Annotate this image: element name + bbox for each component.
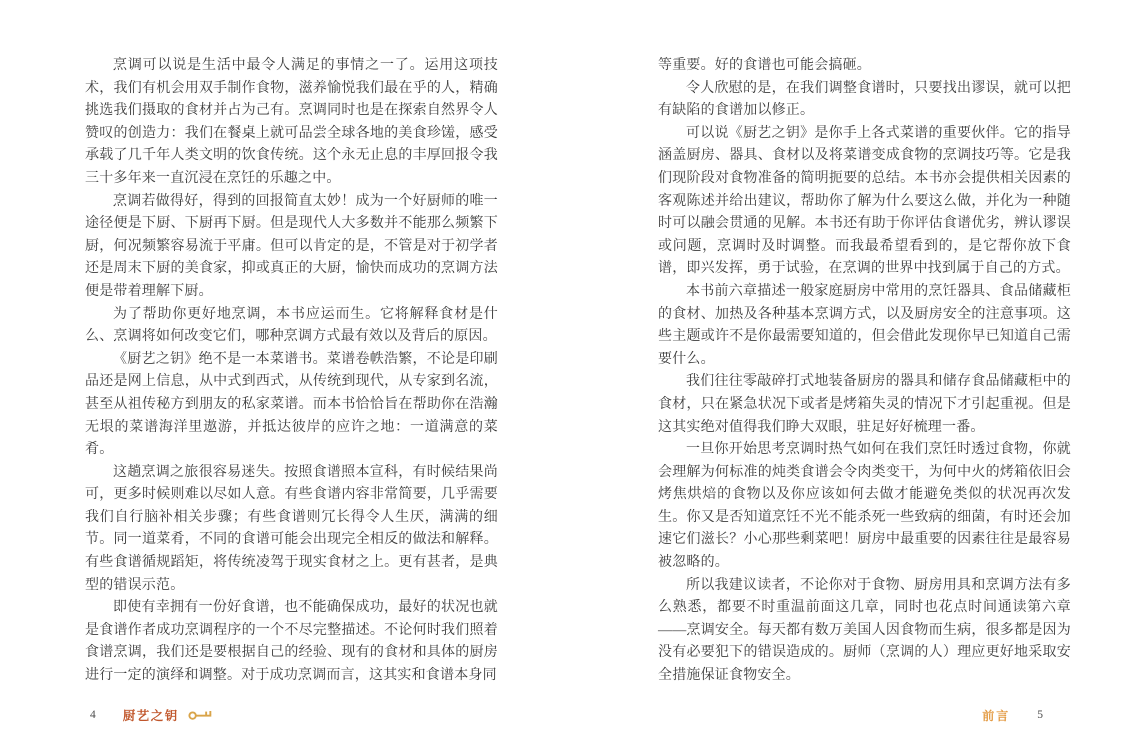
- book-title: 厨艺之钥: [123, 706, 179, 724]
- paragraph: 令人欣慰的是，在我们调整食谱时，只要找出谬误，就可以把有缺陷的食谱加以修正。: [658, 78, 1071, 123]
- paragraph: 烹调可以说是生活中最令人满足的事情之一了。运用这项技术，我们有机会用双手制作食物…: [85, 55, 498, 191]
- paragraph-continuation: 等重要。好的食谱也可能会搞砸。: [658, 55, 1071, 78]
- key-icon: [188, 709, 213, 721]
- right-page-number: 5: [1037, 709, 1043, 721]
- paragraph: 所以我建议读者，不论你对于食物、厨房用具和烹调方法有多么熟悉，都要不时重温前面这…: [658, 575, 1071, 688]
- chapter-title: 前言: [982, 707, 1010, 724]
- left-page-number: 4: [90, 709, 96, 721]
- book-spread: 烹调可以说是生活中最令人满足的事情之一了。运用这项技术，我们有机会用双手制作食物…: [0, 0, 1133, 750]
- paragraph: 这趟烹调之旅很容易迷失。按照食谱照本宣科，有时候结果尚可，更多时候则难以尽如人意…: [85, 462, 498, 598]
- paragraph: 本书前六章描述一般家庭厨房中常用的烹饪器具、食品储藏柜的食材、加热及各种基本烹调…: [658, 281, 1071, 371]
- paragraph: 可以说《厨艺之钥》是你手上各式菜谱的重要伙伴。它的指导涵盖厨房、器具、食材以及将…: [658, 123, 1071, 281]
- paragraph: 一旦你开始思考烹调时热气如何在我们烹饪时透过食物，你就会理解为何标准的炖类食谱会…: [658, 439, 1071, 575]
- paragraph: 烹调若做得好，得到的回报简直太妙！成为一个好厨师的唯一途径便是下厨、下厨再下厨。…: [85, 191, 498, 304]
- paragraph: 即使有幸拥有一份好食谱，也不能确保成功，最好的状况也就是食谱作者成功烹调程序的一…: [85, 597, 498, 687]
- left-page-footer: 4 厨艺之钥: [90, 706, 213, 724]
- paragraph: 为了帮助你更好地烹调，本书应运而生。它将解释食材是什么、烹调将如何改变它们，哪种…: [85, 304, 498, 349]
- right-page-footer: 前言 5: [982, 706, 1043, 724]
- paragraph: 《厨艺之钥》绝不是一本菜谱书。菜谱卷帙浩繁，不论是印刷品还是网上信息，从中式到西…: [85, 349, 498, 462]
- left-page-text: 烹调可以说是生活中最令人满足的事情之一了。运用这项技术，我们有机会用双手制作食物…: [85, 55, 498, 688]
- paragraph: 我们往往零敲碎打式地装备厨房的器具和储存食品储藏柜中的食材，只在紧急状况下或者是…: [658, 371, 1071, 439]
- right-page-text: 等重要。好的食谱也可能会搞砸。 令人欣慰的是，在我们调整食谱时，只要找出谬误，就…: [658, 55, 1071, 688]
